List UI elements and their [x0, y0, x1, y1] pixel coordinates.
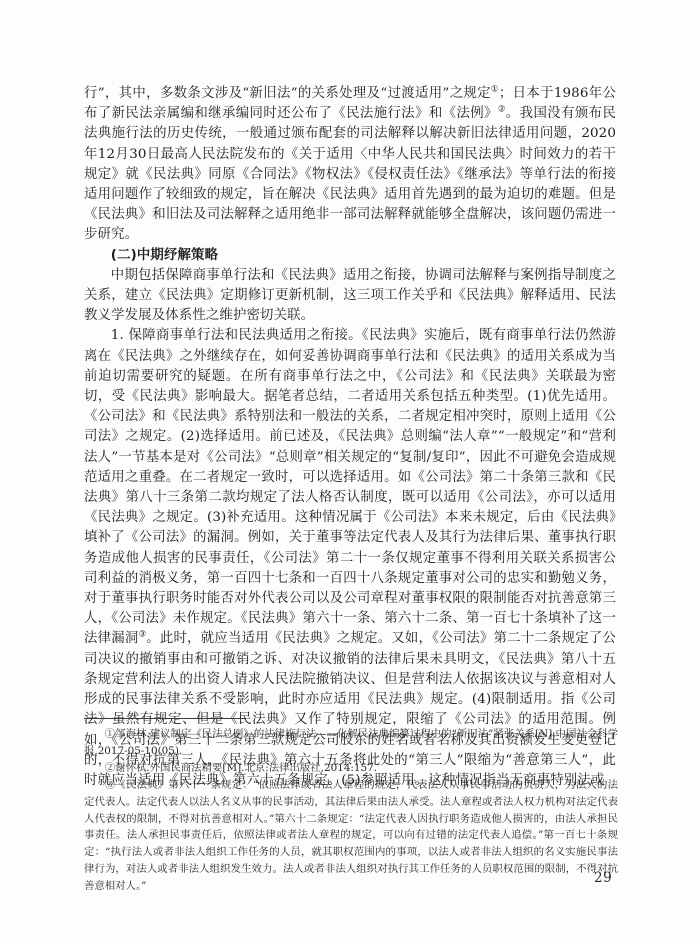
text-run: 1. 保障商事单行法和民法典适用之衔接。《民法典》实施后，既有商事单行法仍然游离…	[84, 328, 616, 646]
document-page: 行”，其中，多数条文涉及“新旧法”的关系处理及“过渡适用”之规定①；日本于198…	[0, 0, 700, 943]
footnote-2: ②谢怀栻.外国民商法精要[M].北京:法律出版社,2014:157.	[84, 760, 618, 777]
paragraph-continuation: 行”，其中，多数条文涉及“新旧法”的关系处理及“过渡适用”之规定①；日本于198…	[84, 84, 616, 246]
footnote-reference-mark: ①	[491, 85, 499, 95]
article-body: 行”，其中，多数条文涉及“新旧法”的关系处理及“过渡适用”之规定①；日本于198…	[84, 84, 616, 791]
footnote-3: ③《民法典》第六十一条规定：“依照法律或者法人章程的规定，代表法人从事民事活动的…	[84, 777, 618, 895]
footnote-1: ①邹海林.建议制定《民法总则》的法律施行法——化解民法典编纂过程中的“新旧法”紧…	[84, 726, 618, 760]
text-run: 行”，其中，多数条文涉及“新旧法”的关系处理及“过渡适用”之规定	[84, 86, 491, 101]
footnotes-list: ①邹海林.建议制定《民法总则》的法律施行法——化解民法典编纂过程中的“新旧法”紧…	[84, 726, 618, 895]
section-heading-mid-term: (二)中期纾解策略	[84, 246, 616, 266]
text-run: 。我国没有颁布民法典施行法的历史传统，一般通过颁布配套的司法解释以解决新旧法律适…	[84, 106, 616, 242]
footnote-reference-mark: ②	[498, 105, 506, 115]
paragraph-mid-term-overview: 中期包括保障商事单行法和《民法典》适用之衔接，协调司法解释与案例指导制度之关系，…	[84, 266, 616, 327]
footnote-separator	[84, 718, 246, 719]
footnotes-section: ①邹海林.建议制定《民法总则》的法律施行法——化解民法典编纂过程中的“新旧法”紧…	[84, 718, 618, 895]
text-run: (二)中期纾解策略	[111, 248, 218, 263]
page-number: 29	[594, 870, 612, 886]
text-run: 中期包括保障商事单行法和《民法典》适用之衔接，协调司法解释与案例指导制度之关系，…	[84, 268, 616, 323]
